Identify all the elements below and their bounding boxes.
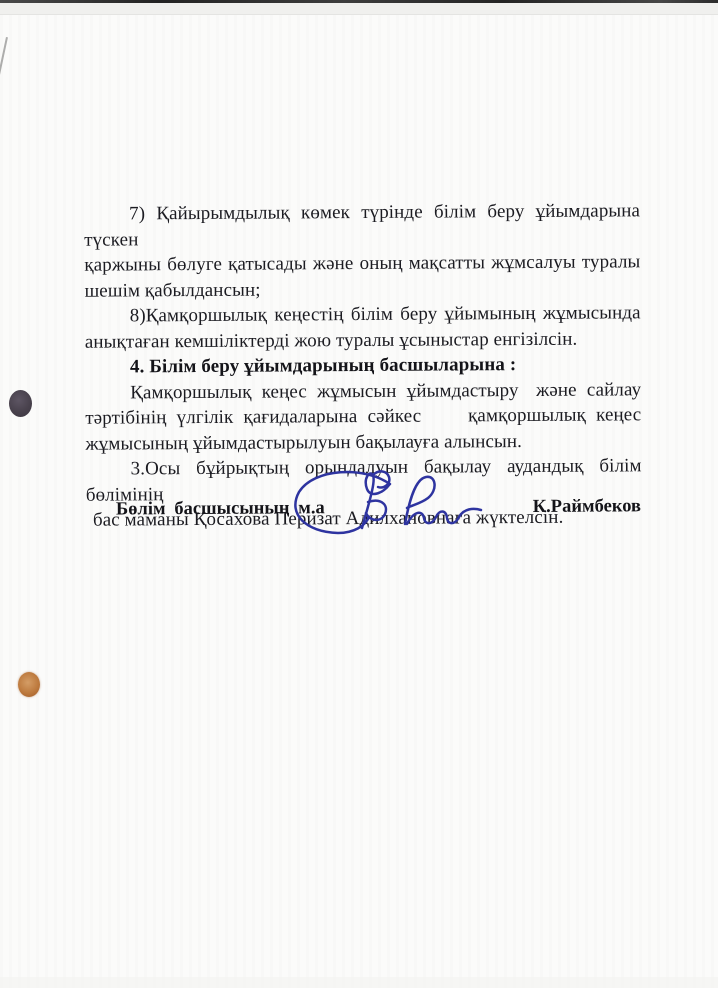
section-4-heading: 4. Білім беру ұйымдарының басшыларына : [85,351,641,380]
paragraph-8-line-1: 8)Қамқоршылық кеңестің білім беру ұйымын… [85,300,641,329]
handwritten-signature [286,464,484,548]
paragraph-8-line-2: анықтаған кемшіліктерді жою туралы ұсыны… [85,326,641,355]
punch-hole-brown [18,672,40,697]
paragraph-7-line-1: 7) Қайырымдылық көмек түрінде білім беру… [84,198,640,252]
punch-hole-dark [9,390,32,417]
section-4-line-1: Қамқоршылық кеңес жұмысын ұйымдастыру жә… [85,377,641,406]
paragraph-7-line-3: шешім қабылдансын; [84,275,640,304]
scan-edge-top-band [0,3,718,15]
section-4-line-2: тәртібінің үлгілік қағидаларына сәйкес қ… [85,402,641,431]
page-corner-crease [0,37,8,93]
paragraph-7-line-2: қаржыны бөлуге қатысады және оның мақсат… [84,249,640,278]
section-4-line-1-left: Қамқоршылық кеңес жұмысын ұйымдастыру [130,378,519,406]
section-4-line-3: жұмысының ұйымдастырылуын бақылауға алын… [85,428,641,457]
section-4-line-1-right: және сайлау [536,377,641,403]
signer-name-label: К.Раймбеков [533,492,641,521]
section-4-line-2-right: қамқоршылық кеңес [468,402,641,429]
section-4-line-2-left: тәртібінің үлгілік қағидаларына сәйкес [85,404,421,432]
scan-edge-bottom-band [0,977,718,988]
